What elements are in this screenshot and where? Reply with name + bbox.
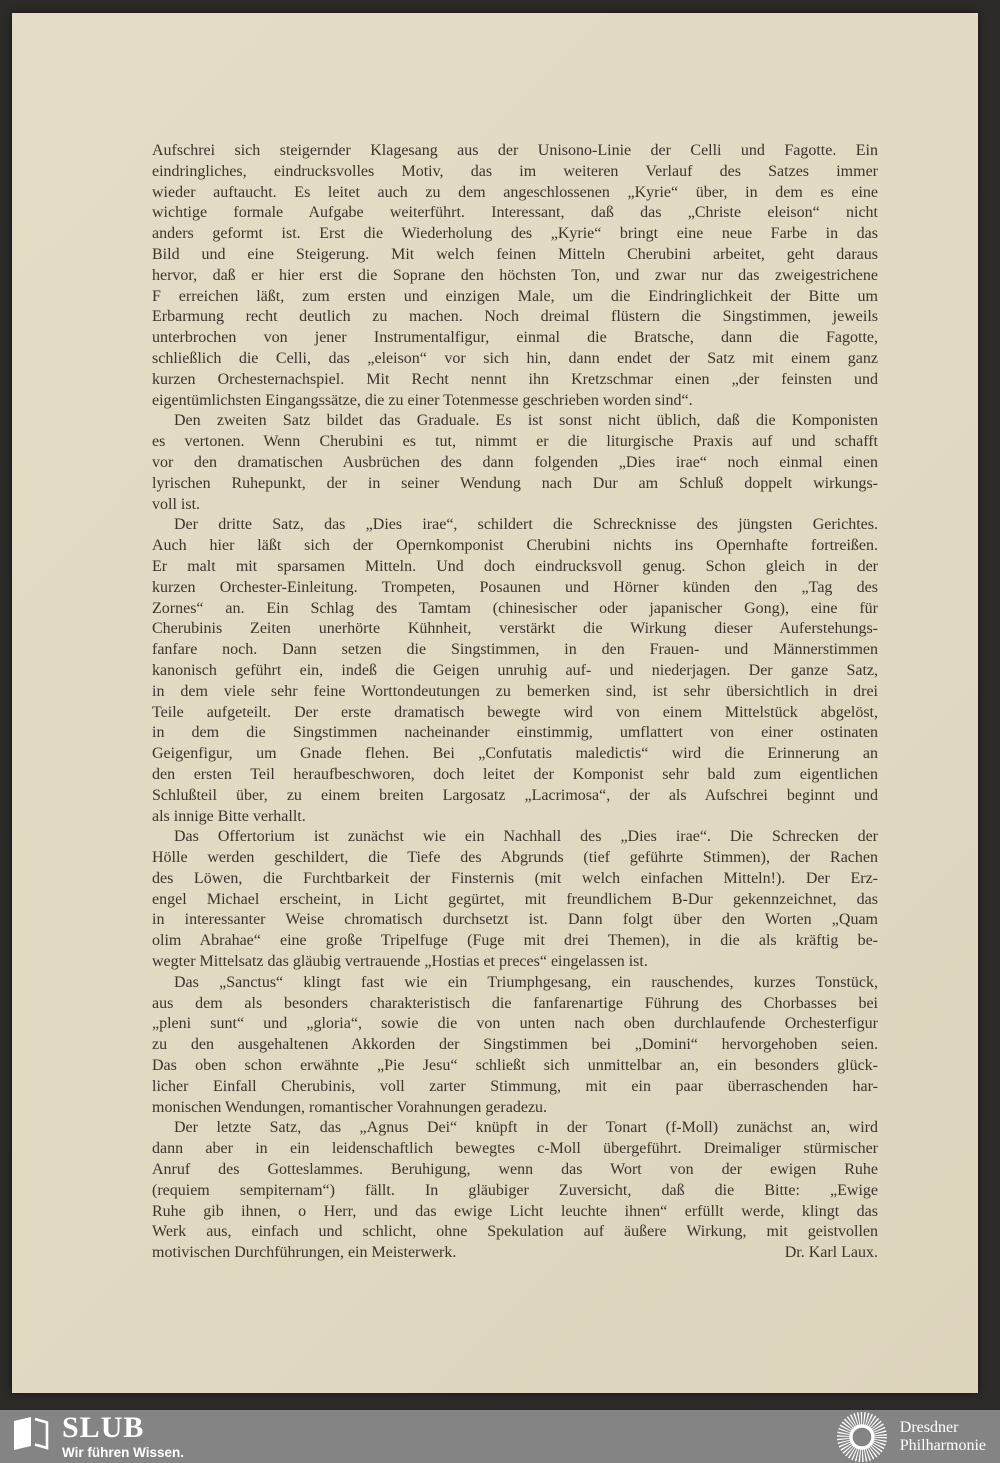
- text-line: Das Offertorium ist zunächst wie ein Nac…: [152, 827, 878, 848]
- text-line: vor den dramatischen Ausbrüchen des dann…: [152, 453, 878, 474]
- text-line: als innige Bitte verhallt.: [152, 807, 878, 828]
- text-line: es vertonen. Wenn Cherubini es tut, nimm…: [152, 432, 878, 453]
- text-line: in interessanter Weise chromatisch durch…: [152, 910, 878, 931]
- partner-name-line1: Dresdner: [900, 1419, 986, 1437]
- text-line: Schlußteil über, zu einem breiten Largos…: [152, 786, 878, 807]
- paragraph: Das Offertorium ist zunächst wie ein Nac…: [152, 827, 878, 973]
- text-line: (requiem sempiternam“) fällt. In gläubig…: [152, 1181, 878, 1202]
- text-line: lyrischen Ruhepunkt, der in seiner Wendu…: [152, 474, 878, 495]
- text-line: voll ist.: [152, 495, 878, 516]
- text-line: „pleni sunt“ und „gloria“, sowie die von…: [152, 1014, 878, 1035]
- paragraph: Der dritte Satz, das „Dies irae“, schild…: [152, 515, 878, 827]
- text-line: Der dritte Satz, das „Dies irae“, schild…: [152, 515, 878, 536]
- text-line: wieder auftaucht. Es leitet auch zu dem …: [152, 183, 878, 204]
- text-line: Er malt mit sparsamen Mitteln. Und doch …: [152, 557, 878, 578]
- text-line: schließlich die Celli, das „eleison“ vor…: [152, 349, 878, 370]
- text-line: anders geformt ist. Erst die Wiederholun…: [152, 224, 878, 245]
- text-line: hervor, daß er hier erst die Soprane den…: [152, 266, 878, 287]
- footer-bar: SLUB Wir führen Wissen. Dresdner Philhar…: [0, 1410, 1000, 1463]
- text-line: Hölle werden geschildert, die Tiefe des …: [152, 848, 878, 869]
- text-line: in dem viele sehr feine Worttondeutungen…: [152, 682, 878, 703]
- text-line: unterbrochen von jener Instrumentalfigur…: [152, 328, 878, 349]
- scanned-page-viewer: Aufschrei sich steigernder Klagesang aus…: [0, 0, 1000, 1463]
- slub-tagline: Wir führen Wissen.: [62, 1445, 184, 1461]
- text-line: Das „Sanctus“ klingt fast wie ein Triump…: [152, 973, 878, 994]
- text-line: Der letzte Satz, das „Agnus Dei“ knüpft …: [152, 1118, 878, 1139]
- paragraph: Aufschrei sich steigernder Klagesang aus…: [152, 141, 878, 411]
- text-line: wichtige formale Aufgabe weiterführt. In…: [152, 203, 878, 224]
- text-line: fanfare noch. Dann setzen die Singstimme…: [152, 640, 878, 661]
- paragraph: Der letzte Satz, das „Agnus Dei“ knüpft …: [152, 1118, 878, 1264]
- text-line: Zornes“ an. Ein Schlag des Tamtam (chine…: [152, 599, 878, 620]
- paragraph: Den zweiten Satz bildet das Graduale. Es…: [152, 411, 878, 515]
- text-line: motivischen Durchführungen, ein Meisterw…: [152, 1243, 878, 1264]
- text-line: Teile aufgeteilt. Der erste dramatisch b…: [152, 703, 878, 724]
- partner-name-line2: Philharmonie: [900, 1437, 986, 1455]
- text-line: Den zweiten Satz bildet das Graduale. Es…: [152, 411, 878, 432]
- slub-logo[interactable]: SLUB Wir führen Wissen.: [10, 1413, 184, 1461]
- document-text: Aufschrei sich steigernder Klagesang aus…: [152, 141, 878, 1264]
- text-line: kurzen Orchester-Einleitung. Trompeten, …: [152, 578, 878, 599]
- slub-wordmark: SLUB: [62, 1413, 184, 1443]
- text-line: eigentümlichsten Eingangssätze, die zu e…: [152, 391, 878, 412]
- text-line: des Löwen, die Furchtbarkeit der Finster…: [152, 869, 878, 890]
- text-line: kurzen Orchesternachspiel. Mit Recht nen…: [152, 370, 878, 391]
- text-line: Das oben schon erwähnte „Pie Jesu“ schli…: [152, 1056, 878, 1077]
- text-line: eindringliches, eindrucksvolles Motiv, d…: [152, 162, 878, 183]
- author-signature: Dr. Karl Laux.: [785, 1243, 878, 1264]
- text-line: F erreichen läßt, zum ersten und einzige…: [152, 287, 878, 308]
- text-line: Anruf des Gotteslammes. Beruhigung, wenn…: [152, 1160, 878, 1181]
- text-line: Bild und eine Steigerung. Mit welch fein…: [152, 245, 878, 266]
- text-line: monischen Wendungen, romantischer Vorahn…: [152, 1098, 878, 1119]
- text-line: Werk aus, einfach und schlicht, ohne Spe…: [152, 1222, 878, 1243]
- text-line: Erbarmung recht deutlich zu machen. Noch…: [152, 307, 878, 328]
- text-line: Aufschrei sich steigernder Klagesang aus…: [152, 141, 878, 162]
- text-line: in dem die Singstimmen nacheinander eins…: [152, 723, 878, 744]
- starburst-icon: [836, 1411, 888, 1463]
- partner-name: Dresdner Philharmonie: [900, 1419, 986, 1455]
- text-line: engel Michael erscheint, in Licht gegürt…: [152, 890, 878, 911]
- text-line: Ruhe gib ihnen, o Herr, und das ewige Li…: [152, 1202, 878, 1223]
- text-line: kanonisch geführt ein, indeß die Geigen …: [152, 661, 878, 682]
- text-line: zu den ausgehaltenen Akkorden der Singst…: [152, 1035, 878, 1056]
- text-line: licher Einfall Cherubinis, voll zarter S…: [152, 1077, 878, 1098]
- text-line: aus dem als besonders charakteristisch d…: [152, 994, 878, 1015]
- text-line-fragment: motivischen Durchführungen, ein Meisterw…: [152, 1243, 456, 1264]
- text-line: olim Abrahae“ eine große Tripelfuge (Fug…: [152, 931, 878, 952]
- text-line: Auch hier läßt sich der Opernkomponist C…: [152, 536, 878, 557]
- text-line: wegter Mittelsatz das gläubig vertrauend…: [152, 952, 878, 973]
- text-line: den ersten Teil heraufbeschworen, doch l…: [152, 765, 878, 786]
- scan-page: Aufschrei sich steigernder Klagesang aus…: [12, 13, 978, 1393]
- paragraph: Das „Sanctus“ klingt fast wie ein Triump…: [152, 973, 878, 1119]
- text-line: Cherubinis Zeiten unerhörte Kühnheit, ve…: [152, 619, 878, 640]
- partner-logo[interactable]: Dresdner Philharmonie: [836, 1411, 986, 1463]
- open-book-icon: [10, 1413, 52, 1453]
- text-line: dann aber in ein leidenschaftlich bewegt…: [152, 1139, 878, 1160]
- text-line: Geigenfigur, um Gnade flehen. Bei „Confu…: [152, 744, 878, 765]
